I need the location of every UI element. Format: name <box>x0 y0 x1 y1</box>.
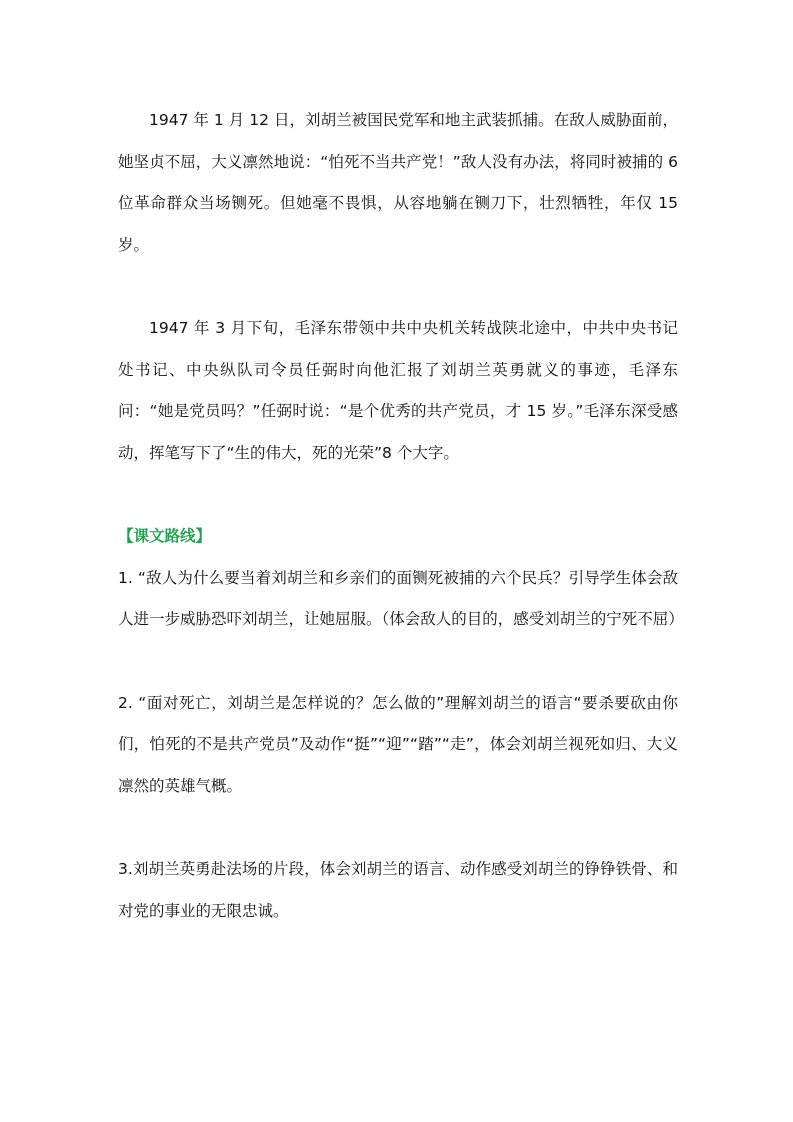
document-page: 1947 年 1 月 12 日，刘胡兰被国民党军和地主武装抓捕。在敌人威胁面前，… <box>118 100 678 932</box>
lesson-item-1: 1. “敌人为什么要当着刘胡兰和乡亲们的面铡死被捕的六个民兵？引导学生体会敌人进… <box>118 558 678 641</box>
paragraph-arrest: 1947 年 1 月 12 日，刘胡兰被国民党军和地主武装抓捕。在敌人威胁面前，… <box>118 100 678 266</box>
section-heading: 【课文路线】 <box>118 516 678 558</box>
lesson-item-2: 2. “面对死亡，刘胡兰是怎样说的？怎么做的”理解刘胡兰的语言“要杀要砍由你们，… <box>118 683 678 808</box>
lesson-item-3: 3.刘胡兰英勇赴法场的片段，体会刘胡兰的语言、动作感受刘胡兰的铮铮铁骨、和对党的… <box>118 849 678 932</box>
spacer <box>118 474 678 516</box>
spacer <box>118 266 678 308</box>
spacer <box>118 807 678 849</box>
spacer <box>118 641 678 683</box>
paragraph-mao-inscription: 1947 年 3 月下旬，毛泽东带领中共中央机关转战陕北途中，中共中央书记处书记… <box>118 308 678 474</box>
